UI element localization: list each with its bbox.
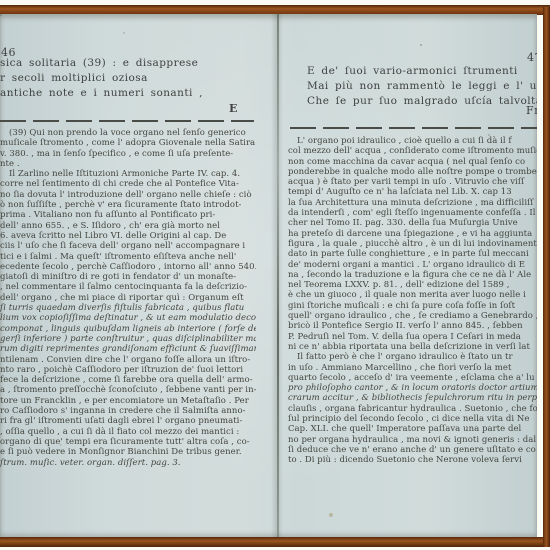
signature-mark: E — [229, 102, 238, 115]
gutter-line — [277, 14, 279, 537]
text-line: ſul principio del ſecondo ſecolo , ci di… — [288, 414, 537, 424]
text-line: no per organa hydraulica , ma novi & ign… — [288, 435, 537, 445]
text-line: corre nel ſentimento di chi crede che al… — [0, 179, 256, 189]
text-line: ponderebbe in qualche modo alle noſtre p… — [288, 167, 537, 177]
text-line: nto raro , poichè Caſſiodoro per iſtruzi… — [0, 365, 256, 375]
text-line: la ſua Architettura una minuta deſcrizio… — [288, 198, 537, 208]
text-line: lium vox copioſiſſima deſtinatur , & ut … — [0, 313, 256, 323]
text-line: bricò il Pontefice Sergio II. verſo l' a… — [288, 321, 537, 331]
text-line: col mezzo dell' acqua , conſiderato come… — [288, 146, 537, 156]
text-line: cher nel Tomo II. pag. 330. della ſua Mu… — [288, 218, 537, 228]
text-line: organo di que' tempi era ſicuramente tut… — [0, 437, 256, 447]
poem-left: sica solitaria (39) : e disappreser seco… — [0, 56, 203, 101]
text-line: nte . — [0, 159, 256, 169]
text-line: ſi turris quaedam diverſis fiſtulis fabr… — [0, 303, 256, 313]
text-line: muſicale ſtromento , come l' adopra Giov… — [0, 138, 256, 148]
text-line: gini ſtoriche muſicali : e chi ſa pure c… — [288, 301, 537, 311]
catchword: Fra — [526, 104, 537, 117]
poem-right: E de' ſuoi vario-armonici ſtrumentiMai p… — [307, 64, 537, 109]
text-line: è che un giuoco , il quale non merita av… — [288, 290, 537, 300]
text-line: , nel commentare il ſalmo centocinquanta… — [0, 282, 256, 292]
right-page: 47 E de' ſuoi vario-armonici ſtrumentiMa… — [286, 14, 537, 537]
text-line: rum digiti reprimentes grandiſonam effic… — [0, 344, 256, 354]
book-fore-edge — [543, 7, 550, 547]
text-line: dell' organo , che mi piace di riportar … — [0, 293, 256, 303]
text-line: ò non ſuſſiſte , perchè v' era ſicuramen… — [0, 200, 256, 210]
text-line: ro Caſſiodoro s' inganna in credere che … — [0, 406, 256, 416]
footnote-left: (39) Qui non prendo la voce organo nel ſ… — [0, 128, 256, 468]
text-line: tici e i ſalmi . Ma queſt' iſtromento eſ… — [0, 252, 256, 262]
text-line: (39) Qui non prendo la voce organo nel ſ… — [0, 128, 256, 138]
text-line: L' organo poi idraulico , cioè quello a … — [288, 136, 537, 146]
text-line: Il Zarlino nelle Iſtituzioni Armoniche P… — [0, 169, 256, 179]
text-line: gerſi inferiore ) parte conſtruitur , qu… — [0, 334, 256, 344]
text-line: Mai più non rammentò le leggi e l' uſo . — [307, 79, 537, 94]
text-line: e ſi può vedere in Monſignor Bianchini D… — [0, 447, 256, 457]
text-line: tore un Francklin , e per encomiatore un… — [0, 396, 256, 406]
text-line: quarto ſecolo , acceſo d' ira veemente ,… — [288, 373, 537, 383]
text-line: , oſſia quello , a cui ſi dà il fiato co… — [0, 427, 256, 437]
separator-rule-left — [0, 120, 254, 122]
text-line: ſtrum. muſic. veter. organ. diſſert. pag… — [0, 458, 256, 468]
text-line: ri fra gl' iſtromenti uſati dagli ebrei … — [0, 416, 256, 426]
page-number-right: 47 — [527, 51, 537, 64]
text-line: na , ſecondo la traduzione e la figura c… — [288, 270, 537, 280]
text-line: componat , linguis quibuſdam ligneis ab … — [0, 324, 256, 334]
text-line: r secoli moltiplici oziosa — [0, 71, 203, 86]
text-line: Il fatto però è che l' organo idraulico … — [288, 352, 537, 362]
open-book-pages: 46 sica solitaria (39) : e disappreser s… — [0, 14, 537, 537]
text-line: tempi d' Auguſto ce n' ha laſciata nel L… — [288, 187, 537, 197]
text-line: non come macchina da cavar acqua ( nel q… — [288, 157, 537, 167]
text-line: figura , la quale , piucchè altro , è un… — [288, 239, 537, 249]
text-line: to . Di più : dicendo Suetonio che Neron… — [288, 455, 537, 465]
text-line: fece la deſcrizione , come ſi farebbe or… — [0, 375, 256, 385]
text-line: nel Teorema LXXV. p. 81. , dell' edizion… — [288, 280, 537, 290]
text-line: Che ſe pur ſuo malgrado uſcía talvolta — [307, 94, 537, 109]
text-line: ciis l' uſo che ſi faceva dell' organo n… — [0, 241, 256, 251]
text-line: P. Pedruſi nel Tom. V. della ſua opera I… — [288, 332, 537, 342]
text-line: de' moderni organi a mantici . L' organo… — [288, 260, 537, 270]
text-line: 6. aveva ſcritto nel Libro VI. delle Ori… — [0, 231, 256, 241]
text-line: sica solitaria (39) : e disapprese — [0, 56, 203, 71]
text-line: E de' ſuoi vario-armonici ſtrumenti — [307, 64, 537, 79]
text-line: ntilenam . Convien dire che l' organo fo… — [0, 355, 256, 365]
text-line: crarum accitur , & bibliothecis ſepulchr… — [288, 393, 537, 403]
text-line: antiche note e i numeri sonanti , — [0, 86, 203, 101]
footnote-right: L' organo poi idraulico , cioè quello a … — [288, 136, 537, 466]
text-line: v. 380. , ma in ſenſo ſpecifico , e come… — [0, 149, 256, 159]
text-line: dell' anno 655. , e S. Iſidoro , ch' era… — [0, 221, 256, 231]
text-line: ha preteſo di darcene una ſpiegazione , … — [288, 229, 537, 239]
text-line: ni ce n' abbia riportata una bella deſcr… — [288, 342, 537, 352]
book-bottom-edge — [0, 537, 544, 547]
book-photo: 46 sica solitaria (39) : e disappreser s… — [0, 0, 550, 550]
text-line: giatoſi di miniſtro di re goti in fendat… — [0, 272, 256, 282]
text-line: ſi deduce che ve n' erano anche d' un ge… — [288, 445, 537, 455]
left-page: 46 sica solitaria (39) : e disappreser s… — [0, 14, 256, 537]
text-line: Cap. XLI. che quell' Imperatore paſſava … — [288, 424, 537, 434]
text-line: in uſo . Ammiano Marcellino , che fiorì … — [288, 363, 537, 373]
separator-rule-right — [290, 127, 537, 129]
text-line: no ſia dovuta l' introduzione dell' orga… — [0, 190, 256, 200]
text-line: clauſis , organa fabricantur hydraulica … — [288, 404, 537, 414]
text-line: acqua ) è ſtato per varii tempi in uſo .… — [288, 177, 537, 187]
text-line: ecedente ſecolo , perchè Caſſiodoro , in… — [0, 262, 256, 272]
text-line: da intenderſi , com' egli ſteſſo ingenua… — [288, 208, 537, 218]
text-line: prima . Vitaliano non fu aſſunto al Pont… — [0, 210, 256, 220]
text-line: dato in parte ſulle conghietture , e in … — [288, 249, 537, 259]
text-line: quell' organo idraulico , che , ſe credi… — [288, 311, 537, 321]
text-line: pro philoſopho cantor , & in locum orato… — [288, 383, 537, 393]
text-line: a , ſtromento preſſocchè ſconoſciuto , ſ… — [0, 385, 256, 395]
